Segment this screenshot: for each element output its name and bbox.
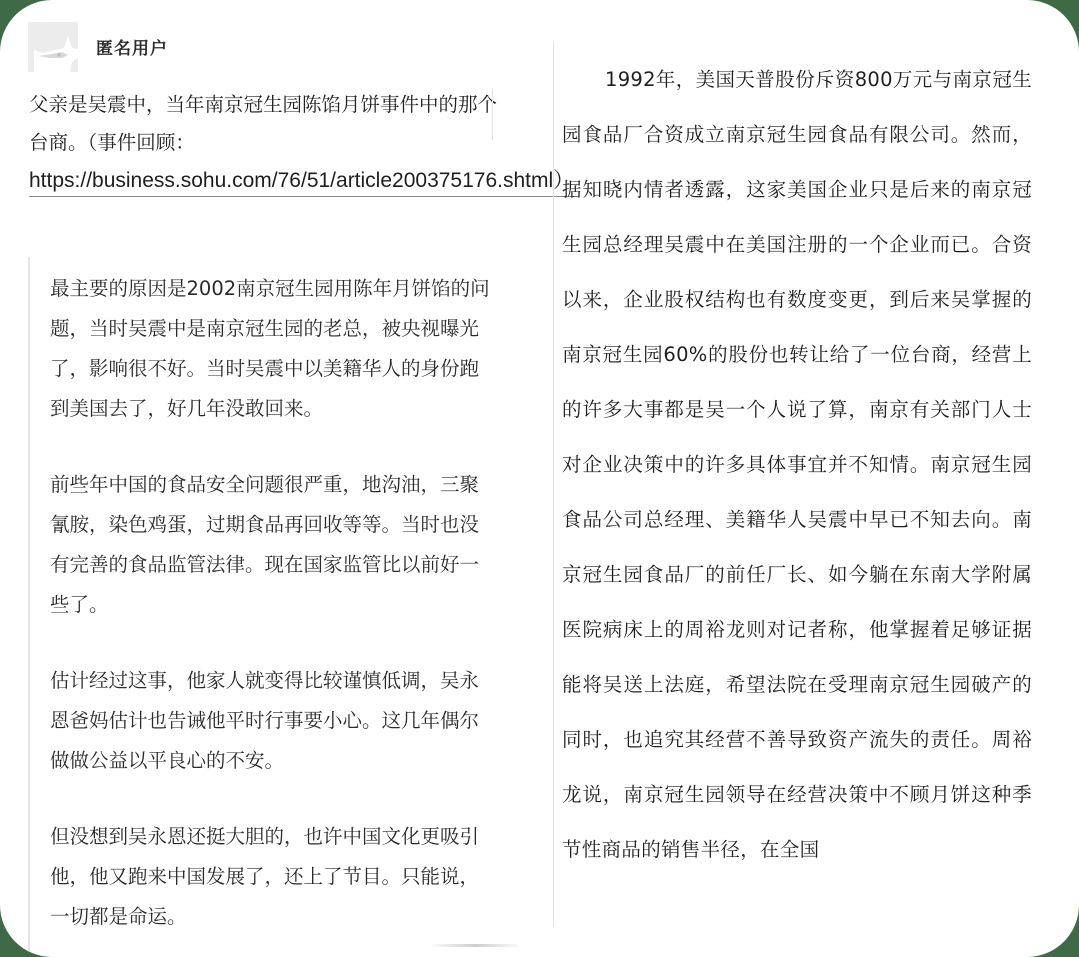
event-review-link[interactable]: https://business.sohu.com/76/51/article2… [29,169,574,197]
quoted-answer-block: 最主要的原因是2002南京冠生园用陈年月饼馅的问题，当时吴震中是南京冠生园的老总… [28,257,520,957]
quote-paragraph: 估计经过这事，他家人就变得比较谨慎低调，吴永恩爸妈估计也告诫他平时行事要小心。这… [30,661,490,781]
panel-divider [553,42,554,927]
scroll-shadow [432,944,518,947]
blurred-text-overlay [780,890,1040,930]
faint-divider [492,88,493,140]
link-text: https://business.sohu.com/76/51/article2… [29,169,553,192]
quote-paragraph: 但没想到吴永恩还挺大胆的，也许中国文化更吸引他，他又跑来中国发展了，还上了节目。… [30,817,490,937]
author-name[interactable]: 匿名用户 [96,34,168,59]
news-article-panel: 1992年，美国天普股份斥资800万元与南京冠生园食品厂合资成立南京冠生园食品有… [562,52,1032,877]
intro-text: 父亲是吴震中，当年南京冠生园陈馅月饼事件中的那个台商。（事件回顾： [29,93,497,154]
screenshot-card: 匿名用户 父亲是吴震中，当年南京冠生园陈馅月饼事件中的那个台商。（事件回顾： h… [0,0,1079,957]
answer-panel: 匿名用户 父亲是吴震中，当年南京冠生园陈馅月饼事件中的那个台商。（事件回顾： h… [0,0,540,957]
anonymous-avatar-icon[interactable] [28,22,78,72]
article-paragraph: 1992年，美国天普股份斥资800万元与南京冠生园食品厂合资成立南京冠生园食品有… [562,52,1032,877]
anonymous-cat-avatar-icon [28,22,78,72]
quote-paragraph: 最主要的原因是2002南京冠生园用陈年月饼馅的问题，当时吴震中是南京冠生园的老总… [30,269,490,429]
quote-paragraph: 前些年中国的食品安全问题很严重，地沟油，三聚氰胺，染色鸡蛋，过期食品再回收等等。… [30,465,490,625]
answer-intro: 父亲是吴震中，当年南京冠生园陈馅月饼事件中的那个台商。（事件回顾： https:… [29,86,509,200]
